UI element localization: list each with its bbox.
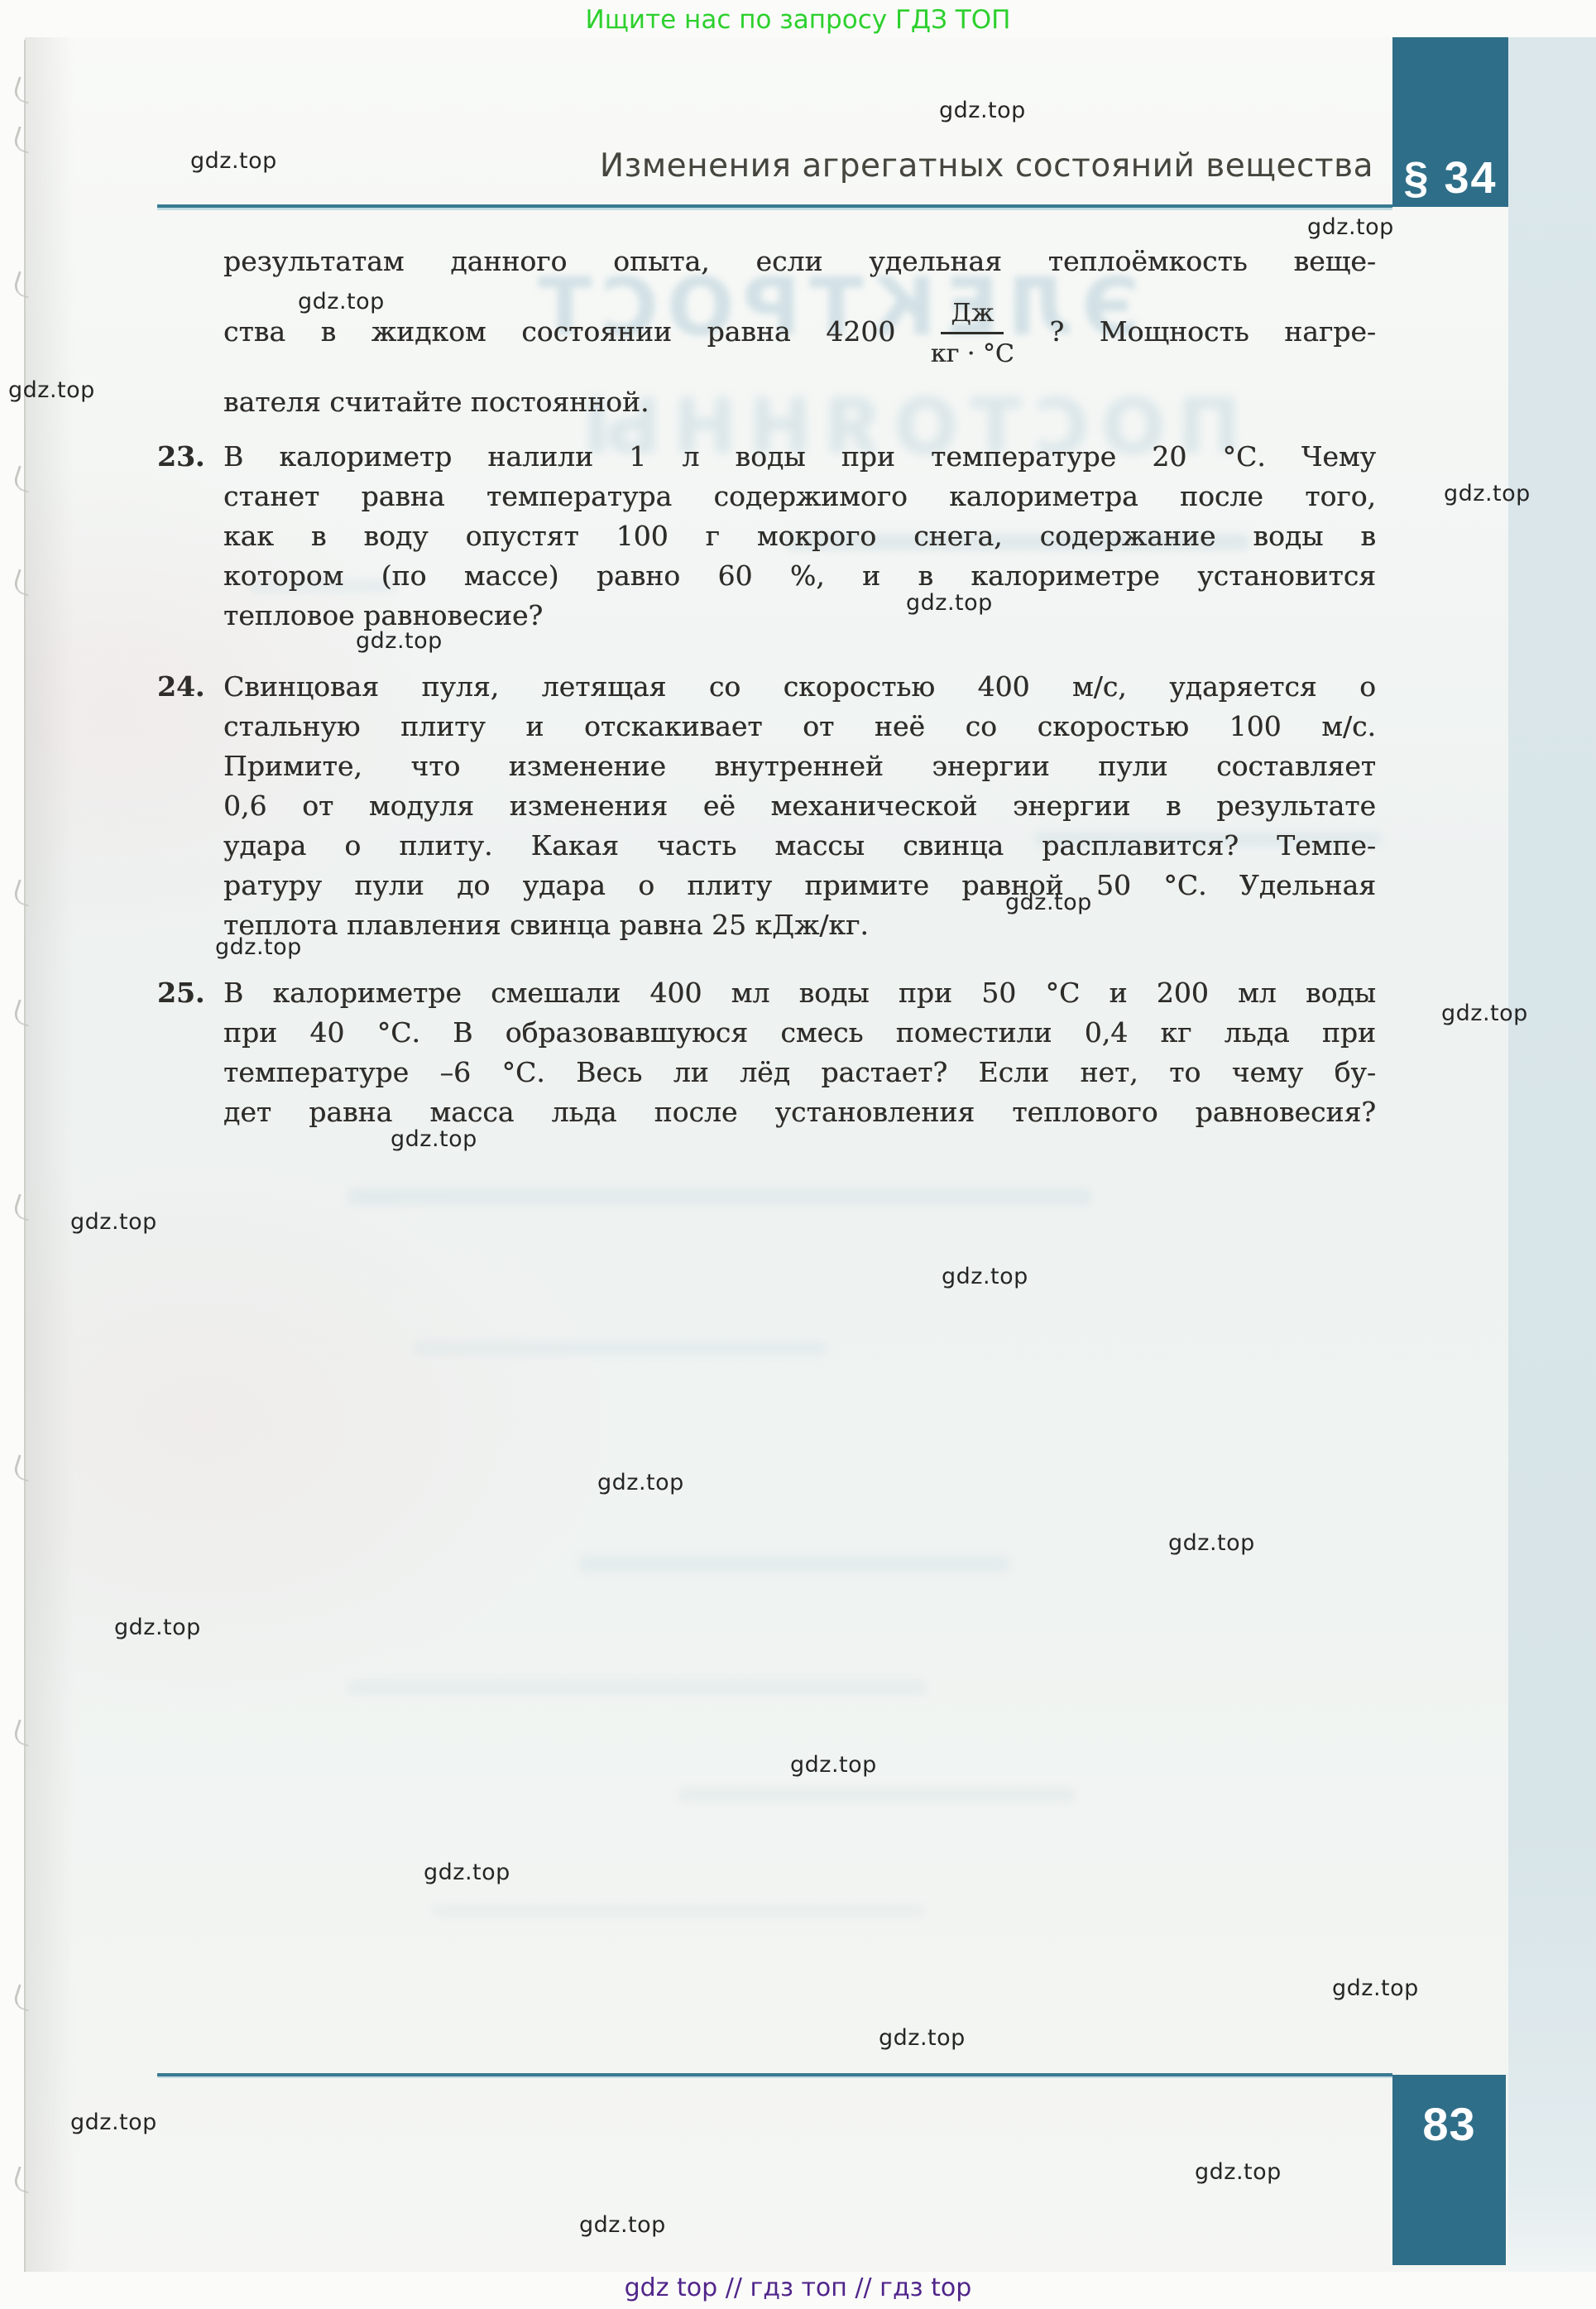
gdz-watermark: gdz.top	[1441, 1000, 1528, 1028]
gdz-watermark: gdz.top	[114, 1614, 201, 1642]
binding-thread	[24, 40, 26, 2272]
bleedthrough-smudge	[414, 1341, 827, 1356]
binding-shadow	[25, 37, 74, 2272]
gdz-watermark: gdz.top	[356, 627, 443, 655]
gdz-watermark: gdz.top	[1168, 1529, 1255, 1558]
gdz-watermark: gdz.top	[579, 2211, 666, 2239]
text-line: ратуру пули до удара о плиту примите рав…	[223, 866, 1376, 905]
gdz-watermark: gdz.top	[939, 97, 1026, 125]
page-edge-strip	[1508, 37, 1596, 2272]
bleedthrough-smudge	[430, 1903, 927, 1918]
gdz-watermark: gdz.top	[298, 288, 385, 316]
gdz-watermark: gdz.top	[879, 2024, 966, 2052]
gdz-watermark: gdz.top	[1005, 889, 1092, 917]
text-line: при 40 °С. В образовавшуюся смесь помест…	[223, 1013, 1376, 1053]
bleedthrough-smudge	[678, 1788, 1076, 1803]
text-line: В калориметр налили 1 л воды при темпера…	[223, 437, 1376, 477]
gdz-watermark: gdz.top	[1332, 1975, 1419, 2003]
fraction-denominator: кг · °С	[931, 334, 1014, 371]
text-line: результатам данного опыта, если удельная…	[223, 242, 1376, 281]
bleedthrough-smudge	[347, 1680, 927, 1695]
fraction-numerator: Дж	[941, 297, 1004, 334]
problem-24: 24. Свинцовая пуля, летящая со скоростью…	[223, 667, 1376, 945]
gdz-watermark: gdz.top	[942, 1263, 1028, 1291]
problem-23: 23. В калориметр налили 1 л воды при тем…	[223, 437, 1376, 636]
gdz-watermark: gdz.top	[8, 377, 95, 405]
intro-paragraph: результатам данного опыта, если удельная…	[223, 242, 1376, 422]
footer-rule	[157, 2073, 1392, 2076]
text-line: удара о плиту. Какая часть массы свинца …	[223, 826, 1376, 866]
gdz-watermark: gdz.top	[597, 1469, 684, 1497]
text-line: температуре –6 °С. Весь ли лёд растает? …	[223, 1053, 1376, 1092]
units-fraction: Дж кг · °С	[931, 297, 1014, 371]
gdz-watermark: gdz.top	[1195, 2158, 1282, 2187]
gdz-watermark: gdz.top	[70, 2109, 157, 2137]
fraction-pre-text: ства в жидком состоянии равна 4200	[223, 315, 895, 348]
bleedthrough-smudge	[347, 1188, 1092, 1206]
problem-25: 25. В калориметре смешали 400 мл воды пр…	[223, 973, 1376, 1132]
gdz-watermark: gdz.top	[906, 589, 993, 617]
bleedthrough-smudge	[579, 1556, 1009, 1572]
problem-number: 23.	[157, 437, 217, 477]
problem-number: 24.	[157, 667, 217, 707]
page-number: 83	[1392, 2075, 1506, 2265]
text-line: теплота плавления свинца равна 25 кДж/кг…	[223, 905, 1376, 945]
text-line: станет равна температура содержимого кал…	[223, 477, 1376, 516]
text-line: В калориметре смешали 400 мл воды при 50…	[223, 973, 1376, 1013]
gdz-watermark: gdz.top	[424, 1859, 510, 1887]
text-line-with-fraction: ства в жидком состоянии равна 4200 Дж кг…	[223, 281, 1376, 382]
fraction-post-text: ? Мощность нагре-	[1049, 315, 1376, 348]
text-line: Примите, что изменение внутренней энерги…	[223, 746, 1376, 786]
promo-banner-top: Ищите нас по запросу ГДЗ ТОП	[0, 4, 1596, 36]
gdz-watermark: gdz.top	[190, 147, 277, 175]
text-line: 0,6 от модуля изменения её механической …	[223, 786, 1376, 826]
problem-number: 25.	[157, 973, 217, 1013]
text-line: котором (по массе) равно 60 %, и в калор…	[223, 556, 1376, 596]
text-line: стальную плиту и отскакивает от неё со с…	[223, 707, 1376, 746]
text-line: как в воду опустят 100 г мокрого снега, …	[223, 516, 1376, 556]
gdz-watermark: gdz.top	[70, 1208, 157, 1236]
promo-banner-bottom: gdz top // гдз топ // гдз top	[0, 2273, 1596, 2304]
section-badge: § 34	[1392, 37, 1508, 207]
gdz-watermark: gdz.top	[1307, 214, 1394, 242]
gdz-watermark: gdz.top	[215, 934, 302, 962]
gdz-watermark: gdz.top	[1444, 480, 1531, 508]
header-rule	[157, 204, 1392, 208]
text-line: вателя считайте постоянной.	[223, 382, 1376, 422]
text-line: Свинцовая пуля, летящая со скоростью 400…	[223, 667, 1376, 707]
gdz-watermark: gdz.top	[790, 1751, 877, 1779]
gdz-watermark: gdz.top	[391, 1126, 477, 1154]
